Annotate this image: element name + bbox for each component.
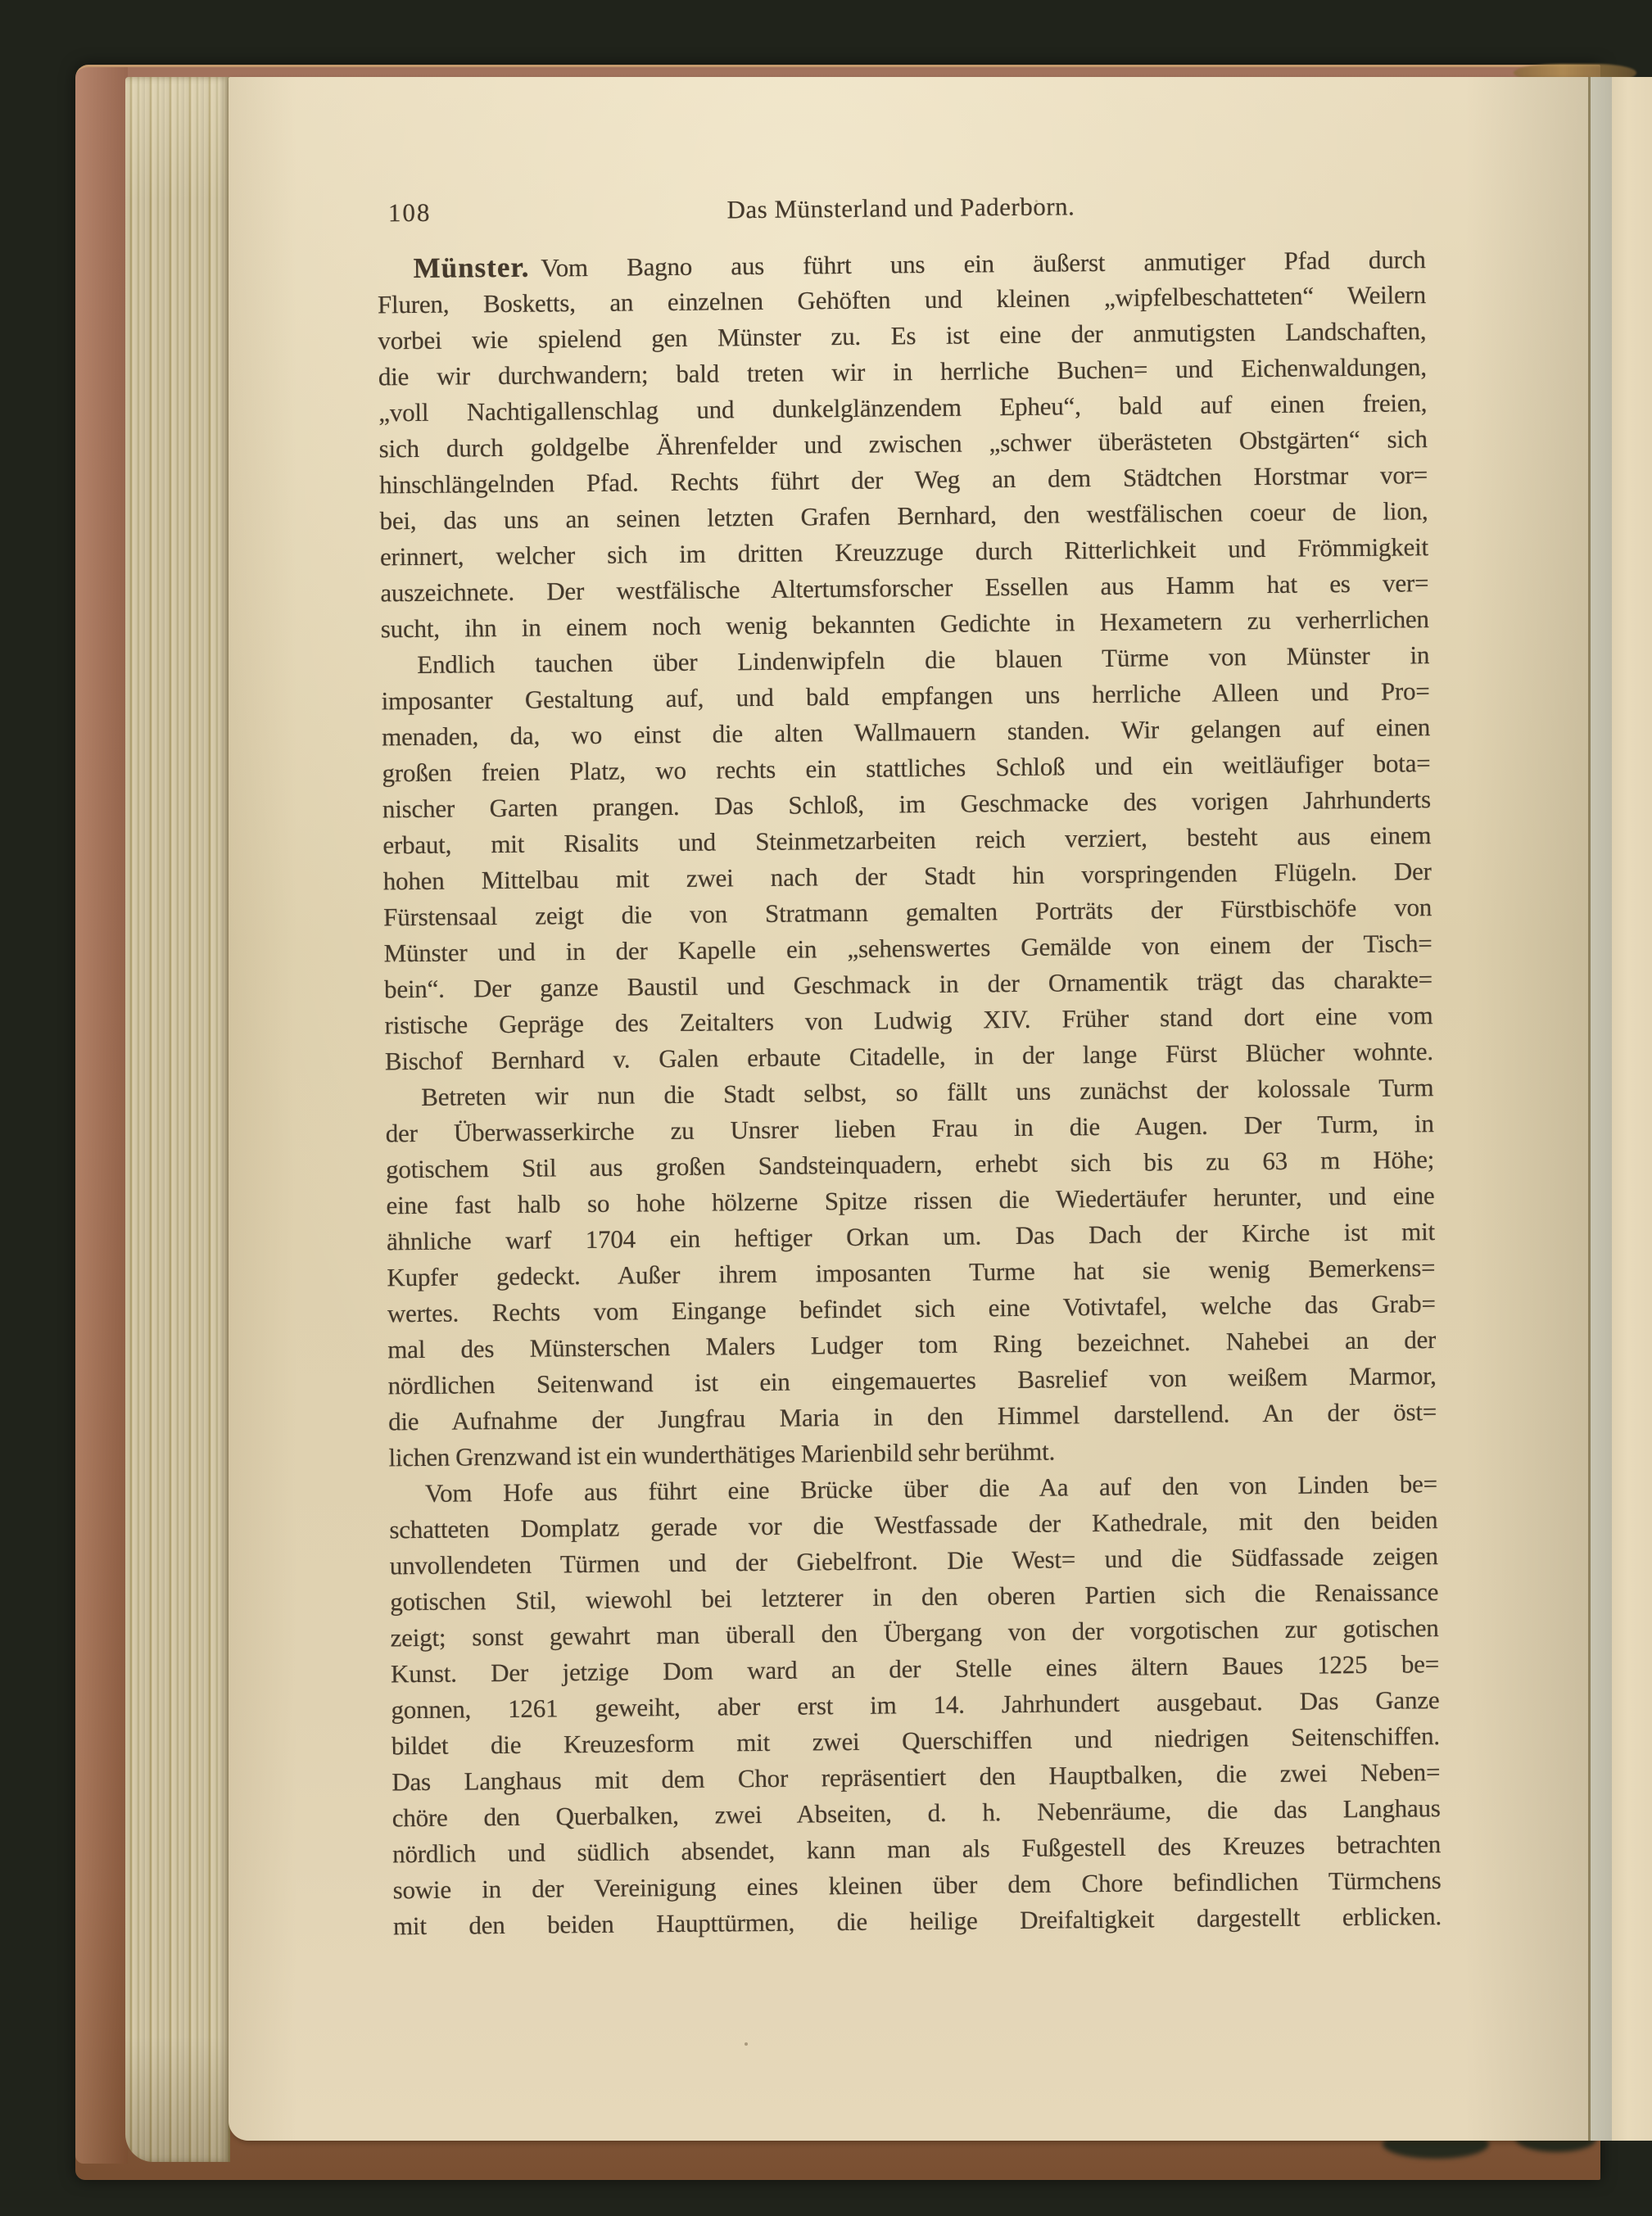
- book-cover-spine-edge: [75, 67, 128, 2164]
- page-header: 108 Das Münsterland und Paderborn.: [377, 187, 1425, 229]
- scanned-book-photo: { "palette":{ "scanner_background":"#202…: [0, 0, 1652, 2216]
- page-edges-stack: [125, 77, 230, 2162]
- paper-speck: [745, 2042, 748, 2046]
- page-number: 108: [388, 197, 432, 230]
- page-content: 108 Das Münsterland und Paderborn. Münst…: [377, 187, 1442, 1944]
- running-title: Das Münsterland und Paderborn.: [726, 192, 1075, 224]
- page-gutter: [1588, 77, 1612, 2141]
- text-line-rest: Vom Bagno aus führt uns ein äußerst anmu…: [541, 245, 1425, 282]
- facing-page-edge: [1612, 77, 1652, 2141]
- paragraph: Endlich tauchen über Lindenwipfeln die b…: [381, 637, 1433, 1079]
- book-page: 108 Das Münsterland und Paderborn. Münst…: [229, 77, 1588, 2141]
- paragraph: Münster.Vom Bagno aus führt uns ein äuße…: [377, 241, 1429, 647]
- paragraph: Betreten wir nun die Stadt selbst, so fä…: [385, 1070, 1437, 1476]
- body-text: Münster.Vom Bagno aus führt uns ein äuße…: [377, 241, 1442, 1944]
- paragraph: Vom Hofe aus führt eine Brücke über die …: [389, 1466, 1442, 1944]
- paragraph-lead-word: Münster.: [413, 251, 529, 284]
